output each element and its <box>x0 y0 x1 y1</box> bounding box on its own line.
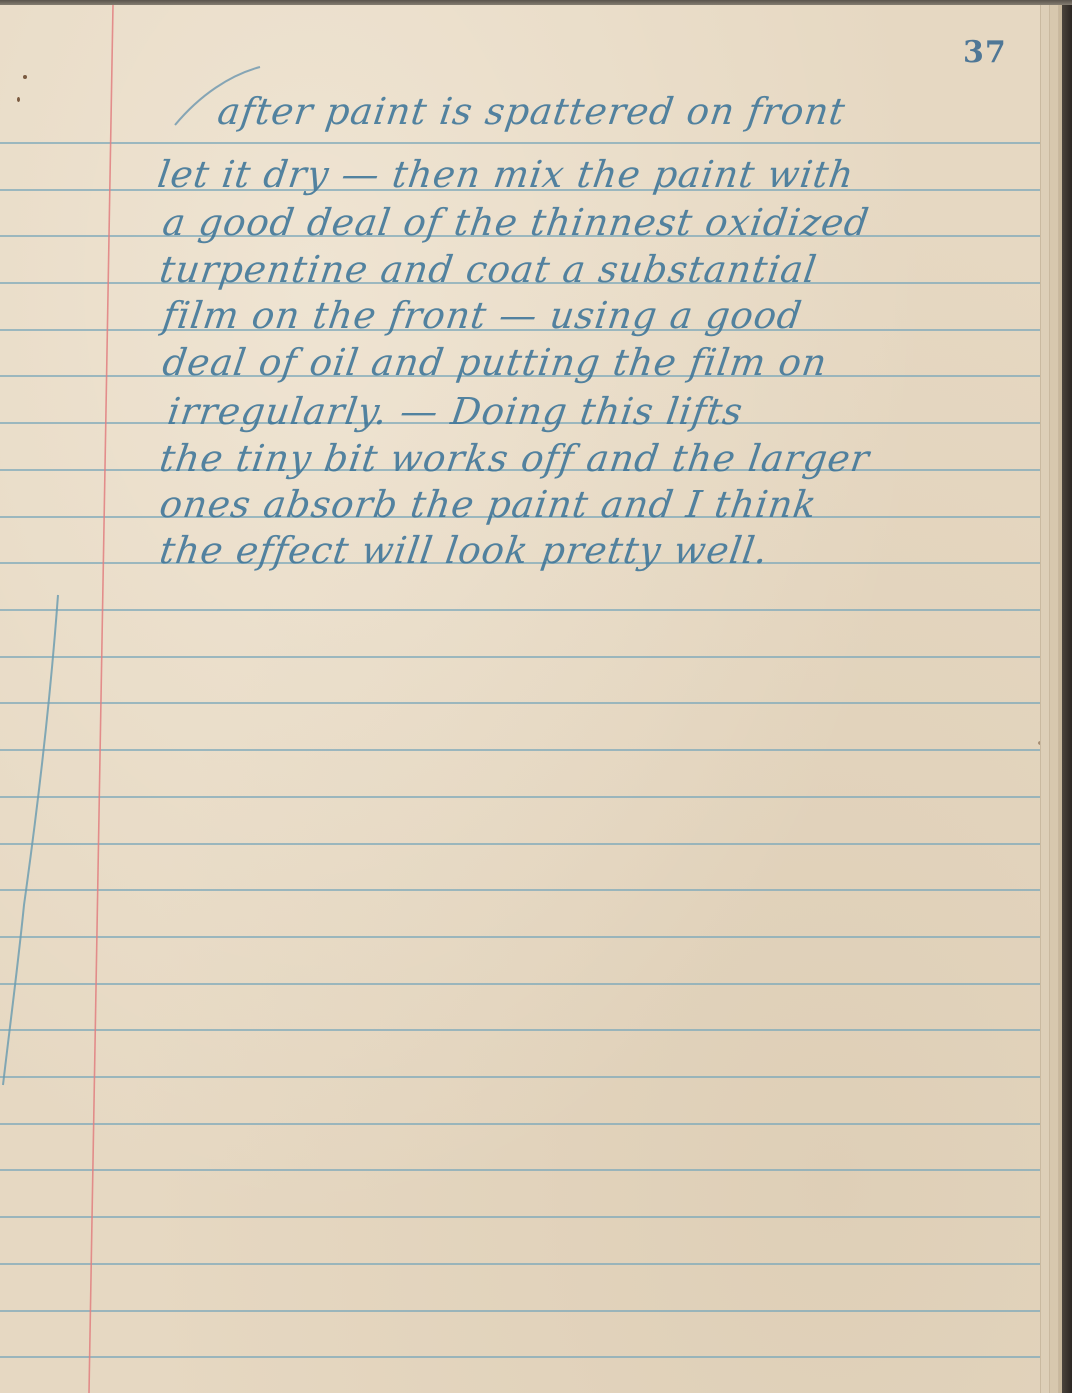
handwritten-line: after paint is spattered on front <box>215 90 848 133</box>
notebook-cover-edge <box>1062 5 1072 1393</box>
ruled-line <box>0 702 1040 704</box>
ruled-line <box>0 609 1040 611</box>
page-number: 37 <box>963 35 1007 70</box>
ruled-line <box>0 936 1040 938</box>
handwritten-line: a good deal of the thinnest oxidized <box>160 201 872 244</box>
handwritten-line: irregularly. — Doing this lifts <box>165 390 746 433</box>
ruled-line <box>0 1123 1040 1125</box>
ruled-line <box>0 889 1040 891</box>
handwritten-line: the tiny bit works off and the larger <box>157 437 873 480</box>
ruled-line <box>0 1076 1040 1078</box>
page-stack-edge <box>1049 5 1058 1393</box>
notebook-page: 37 after paint is spattered on front let… <box>0 5 1040 1393</box>
ruled-line <box>0 843 1040 845</box>
handwritten-line: let it dry — then mix the paint with <box>155 153 857 196</box>
handwritten-line: film on the front — using a good <box>160 294 805 337</box>
ruled-line <box>0 142 1040 144</box>
ruled-line <box>0 1169 1040 1171</box>
handwritten-line: deal of oil and putting the film on <box>160 341 830 384</box>
ruled-line <box>0 1310 1040 1312</box>
ruled-line <box>0 1029 1040 1031</box>
handwritten-line: the effect will look pretty well. <box>157 529 771 572</box>
ruled-line <box>0 656 1040 658</box>
ruled-line <box>0 1356 1040 1358</box>
ruled-line <box>0 1216 1040 1218</box>
page-stack-edge <box>1040 5 1049 1393</box>
ruled-line <box>0 983 1040 985</box>
paper-speck <box>17 97 20 102</box>
ruled-line <box>0 749 1040 751</box>
ruled-line <box>0 796 1040 798</box>
paper-speck <box>23 75 27 79</box>
ruled-line <box>0 1263 1040 1265</box>
handwritten-line: ones absorb the paint and I think <box>157 483 820 526</box>
handwritten-line: turpentine and coat a substantial <box>157 248 820 291</box>
